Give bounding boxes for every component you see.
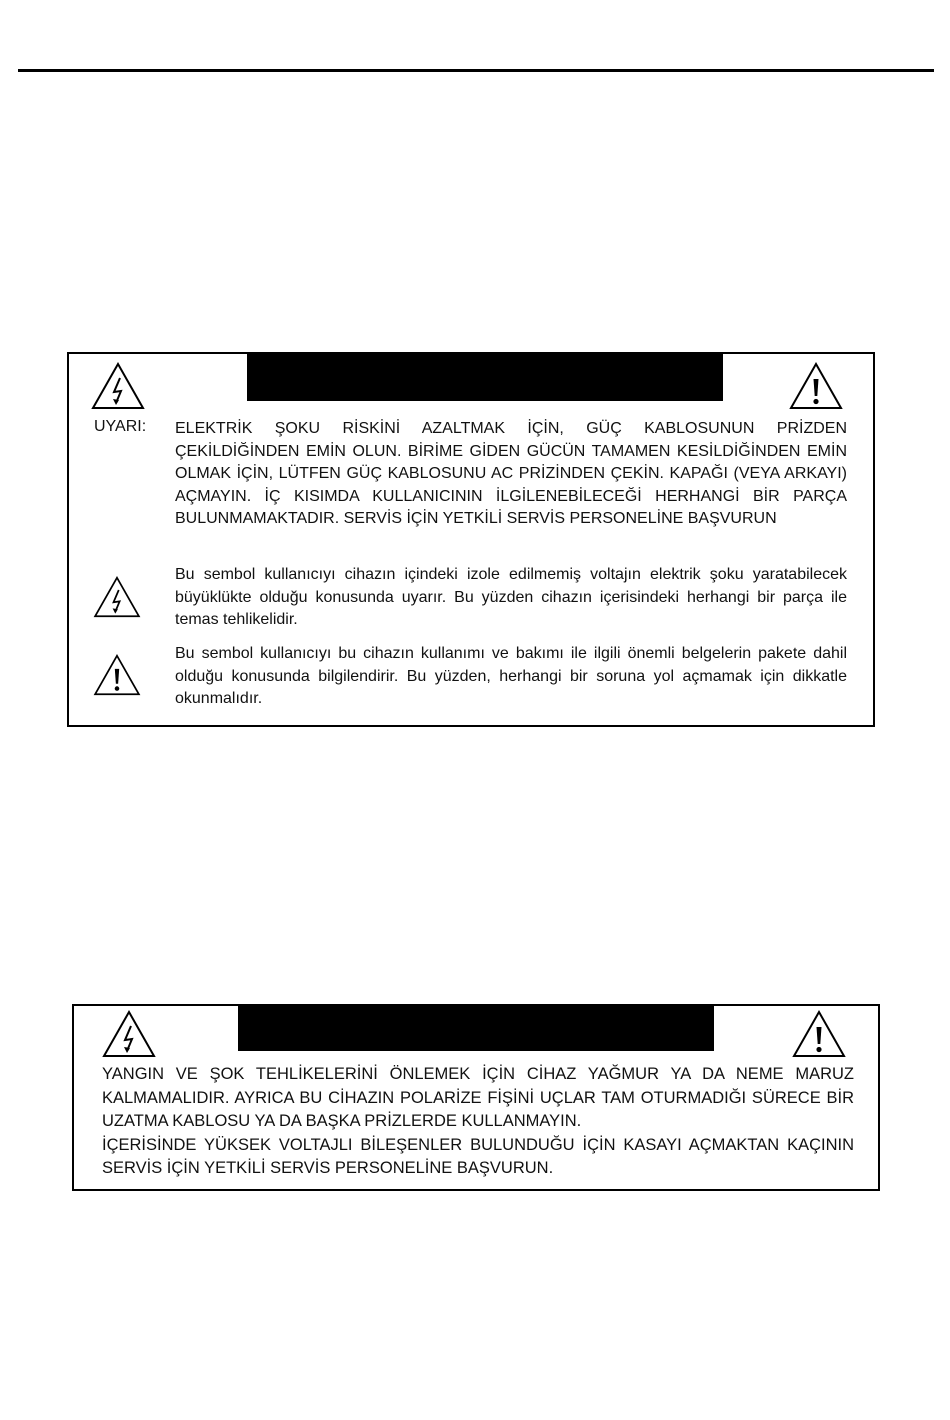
- symbol-description-lightning: Bu sembol kullanıcıyı cihazın içindeki i…: [175, 564, 847, 632]
- warning-text: ELEKTRİK ŞOKU RİSKİNİ AZALTMAK İÇİN, GÜÇ…: [175, 418, 847, 531]
- exclamation-triangle-icon: [792, 1010, 846, 1058]
- warning-text-paragraph-1: YANGIN VE ŞOK TEHLİKELERİNİ ÖNLEMEK İÇİN…: [102, 1063, 854, 1134]
- warning-text: YANGIN VE ŞOK TEHLİKELERİNİ ÖNLEMEK İÇİN…: [102, 1063, 854, 1181]
- lightning-triangle-icon: [93, 576, 141, 618]
- exclamation-triangle-icon: [93, 654, 141, 696]
- top-horizontal-rule: [18, 69, 934, 72]
- redacted-header-bar: [238, 1004, 714, 1051]
- warning-text-paragraph-2: İÇERİSİNDE YÜKSEK VOLTAJLI BİLEŞENLER BU…: [102, 1134, 854, 1181]
- warning-box-electric-shock: UYARI: ELEKTRİK ŞOKU RİSKİNİ AZALTMAK İÇ…: [67, 352, 875, 727]
- redacted-header-bar: [247, 352, 723, 401]
- warning-box-fire-shock: YANGIN VE ŞOK TEHLİKELERİNİ ÖNLEMEK İÇİN…: [72, 1004, 880, 1191]
- warning-label: UYARI:: [94, 418, 146, 436]
- lightning-triangle-icon: [91, 362, 145, 410]
- lightning-triangle-icon: [102, 1010, 156, 1058]
- exclamation-triangle-icon: [789, 362, 843, 410]
- symbol-description-exclamation: Bu sembol kullanıcıyı bu cihazın kullanı…: [175, 643, 847, 711]
